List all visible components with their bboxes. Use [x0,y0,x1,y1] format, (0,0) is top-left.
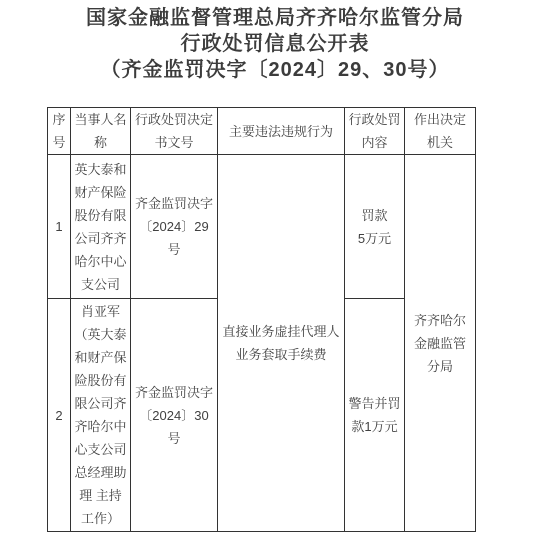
header-party-name: 当事人名 称 [71,108,131,155]
cell-index-row2: 2 [48,299,71,532]
title-document-type-line: 行政处罚信息公开表 [0,31,550,57]
cell-party-name-row1: 英大泰和 财产保险 股份有限 公司齐齐 哈尔中心 支公司 [71,155,131,299]
cell-decision-doc-number-row1: 齐金监罚决字 〔2024〕29 号 [131,155,218,299]
cell-deciding-authority-merged: 齐齐哈尔 金融监管 分局 [405,155,476,532]
penalty-table: 序 号 当事人名 称 行政处罚决定 书文号 主要违法违规行为 行政处罚 内容 作… [47,107,476,532]
table-row: 1 英大泰和 财产保险 股份有限 公司齐齐 哈尔中心 支公司 齐金监罚决字 〔2… [48,155,476,299]
table-header-row: 序 号 当事人名 称 行政处罚决定 书文号 主要违法违规行为 行政处罚 内容 作… [48,108,476,155]
cell-penalty-content-row1: 罚款 5万元 [345,155,405,299]
title-authority-line: 国家金融监督管理总局齐齐哈尔监管分局 [0,5,550,31]
header-penalty-content: 行政处罚 内容 [345,108,405,155]
cell-index-row1: 1 [48,155,71,299]
document-title: 国家金融监督管理总局齐齐哈尔监管分局 行政处罚信息公开表 （齐金监罚决字〔202… [0,0,550,83]
cell-penalty-content-row2: 警告并罚 款1万元 [345,299,405,532]
header-decision-doc-number: 行政处罚决定 书文号 [131,108,218,155]
cell-decision-doc-number-row2: 齐金监罚决字 〔2024〕30 号 [131,299,218,532]
header-violation: 主要违法违规行为 [218,108,345,155]
title-document-number-line: （齐金监罚决字〔2024〕29、30号） [0,57,550,83]
header-deciding-authority: 作出决定 机关 [405,108,476,155]
header-index: 序 号 [48,108,71,155]
cell-party-name-row2: 肖亚军 （英大泰 和财产保 险股份有 限公司齐 齐哈尔中 心支公司 总经理助 理… [71,299,131,532]
cell-violation-merged: 直接业务虚挂代理人 业务套取手续费 [218,155,345,532]
penalty-disclosure-page: 国家金融监督管理总局齐齐哈尔监管分局 行政处罚信息公开表 （齐金监罚决字〔202… [0,0,550,554]
